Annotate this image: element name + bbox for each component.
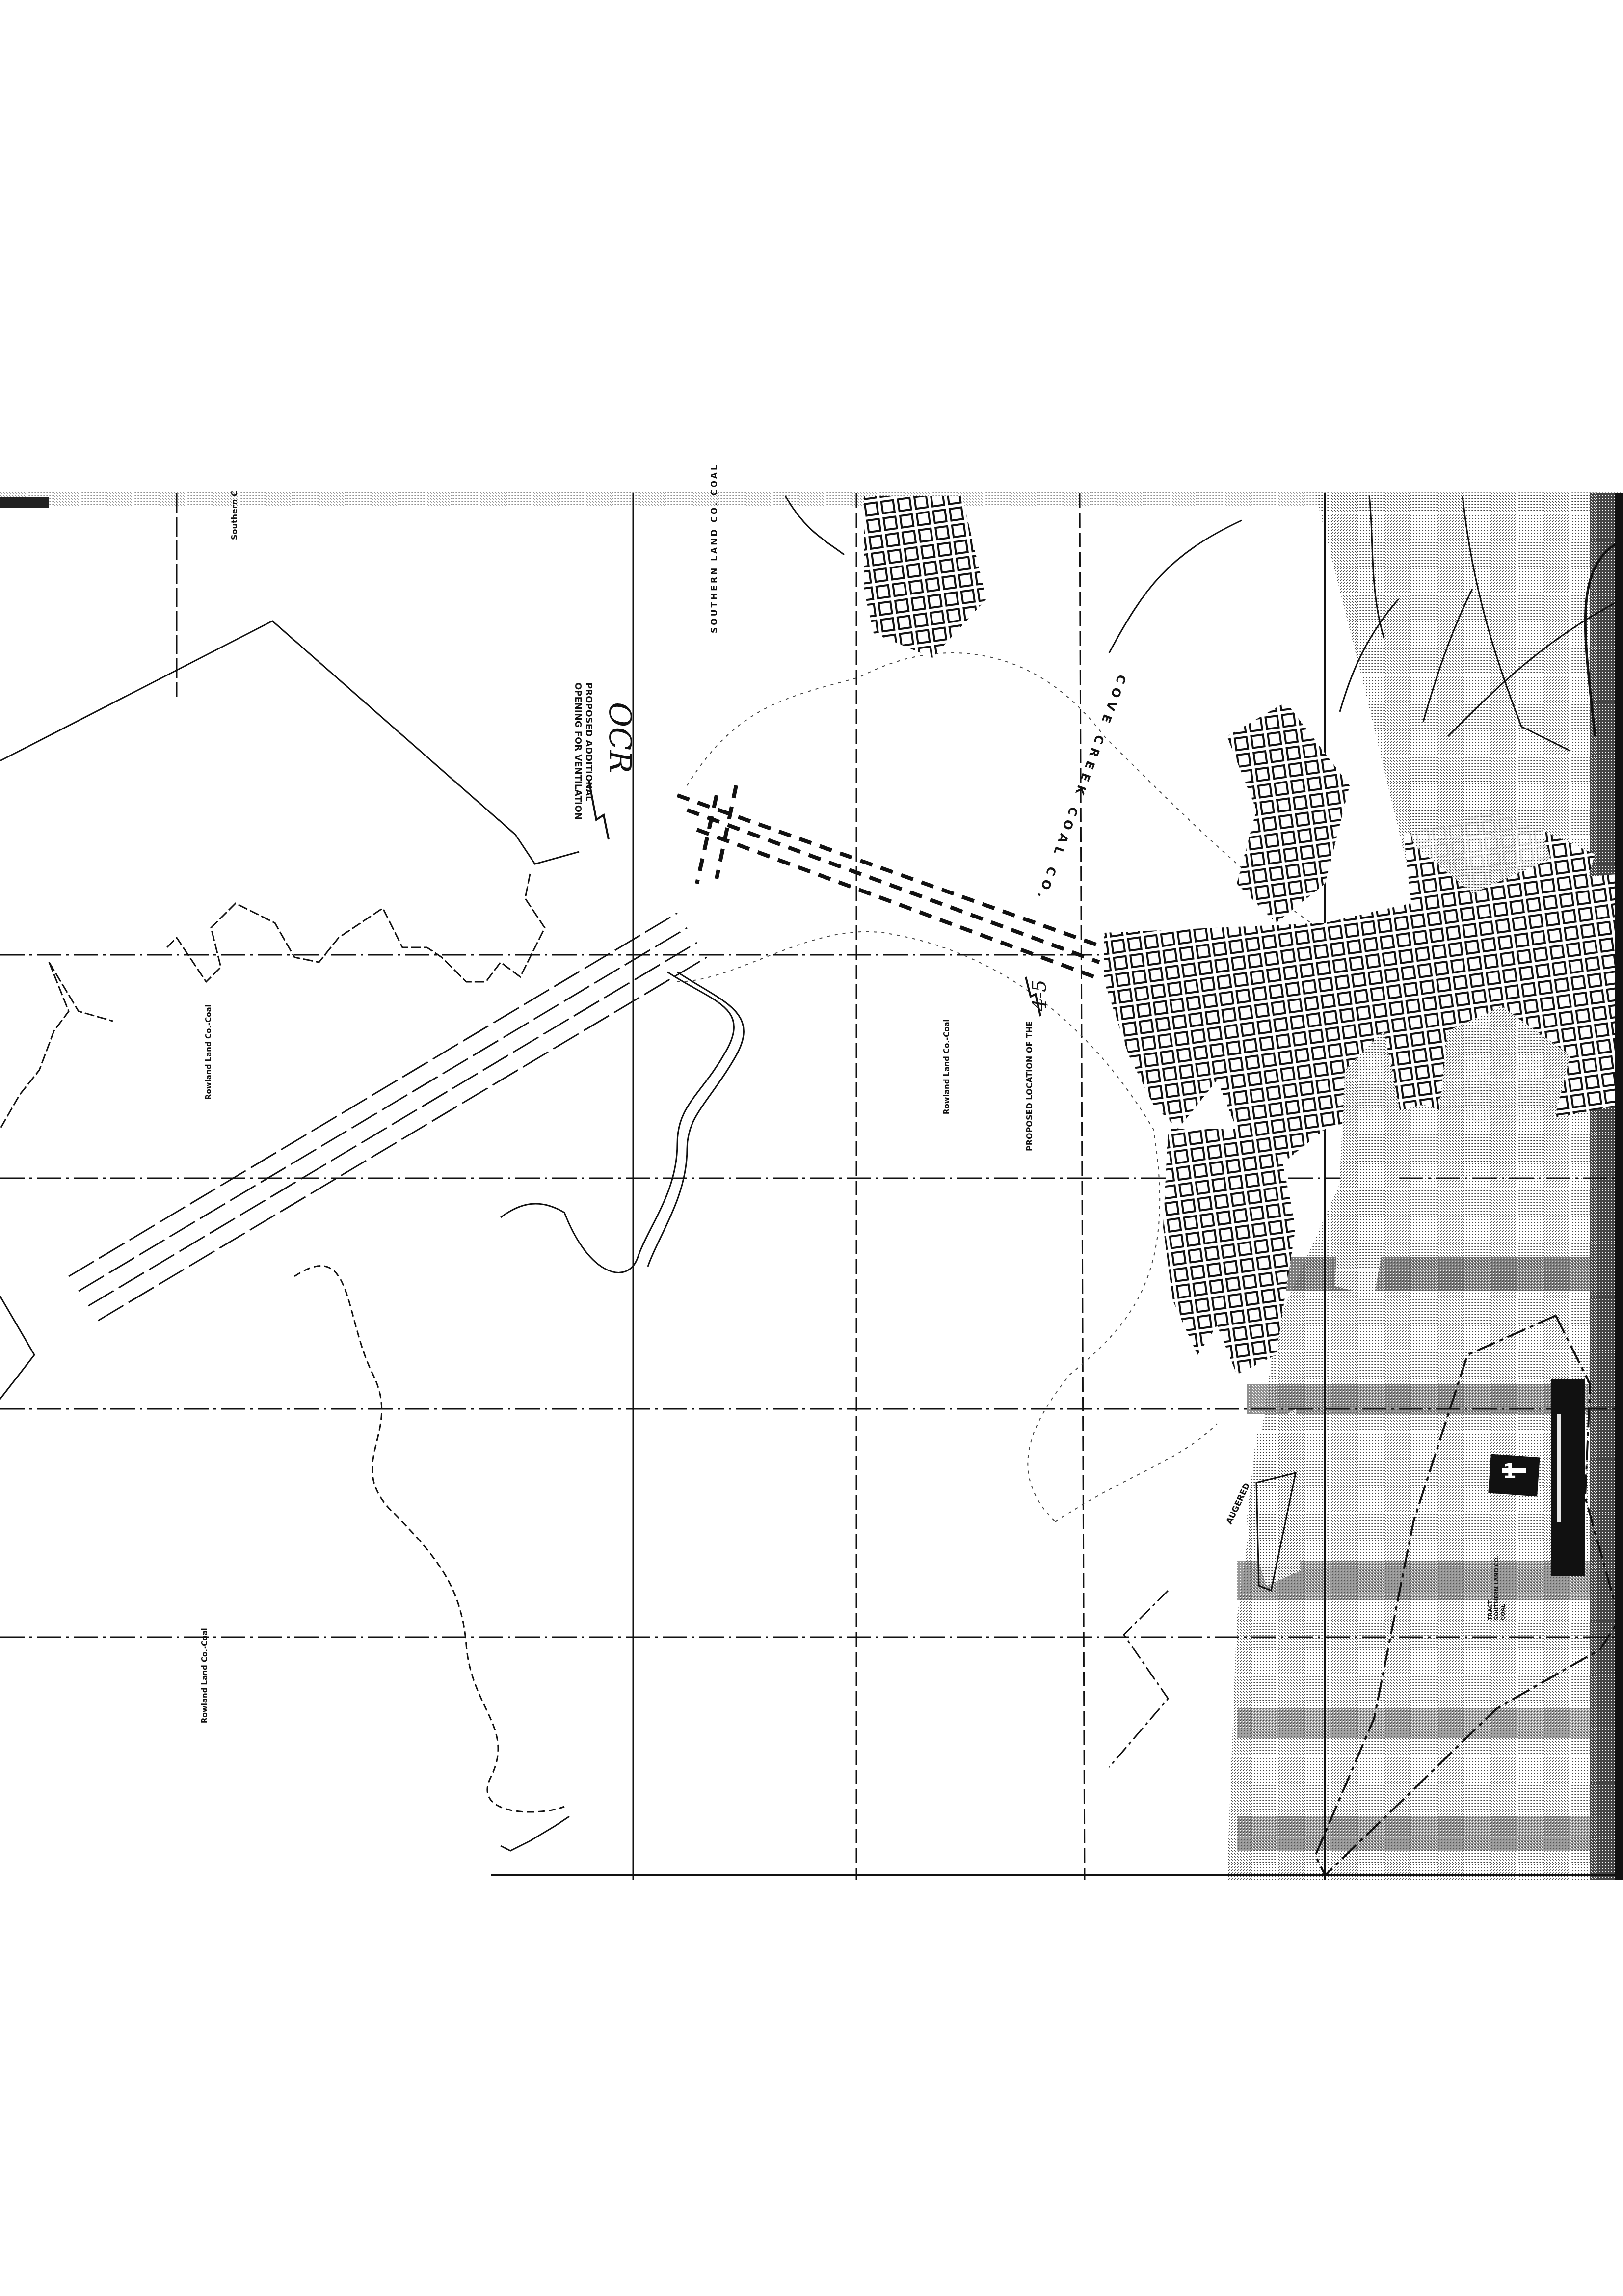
label-rowland-mid: Rowland Land Co.-Coal: [942, 1019, 951, 1114]
creek: [294, 972, 744, 1812]
label-southern-land-co: SOUTHERN LAND CO. COAL: [710, 463, 719, 633]
label-rowland-bottom: Rowland Land Co.-Coal: [200, 1628, 209, 1723]
map-drawing: [0, 0, 1623, 2296]
handwritten-mark: 4-5: [1028, 980, 1051, 1011]
label-proposed-ventilation: PROPOSED ADDITIONAL OPENING FOR VENTILAT…: [572, 682, 594, 820]
mine-workings: [0, 874, 545, 1129]
label-proposed-location: PROPOSED LOCATION OF THE: [1025, 1021, 1034, 1151]
scanned-map: PROPOSED ADDITIONAL OPENING FOR VENTILAT…: [0, 0, 1623, 2296]
lease-boundary: [1109, 1591, 1168, 1767]
property-boundary: [0, 621, 579, 1399]
haulage-lines: [69, 913, 707, 1321]
label-southern-partial: Southern C: [230, 491, 239, 540]
label-rowland-top: Rowland Land Co.-Coal: [204, 1004, 213, 1100]
legend-letter: 1: [1503, 1460, 1517, 1483]
small-workings: [501, 1816, 569, 1851]
label-tract-note: TRACT SOUTHERN LAND CO. COAL: [1487, 1556, 1506, 1620]
handwritten-initials: OCR: [602, 702, 638, 773]
